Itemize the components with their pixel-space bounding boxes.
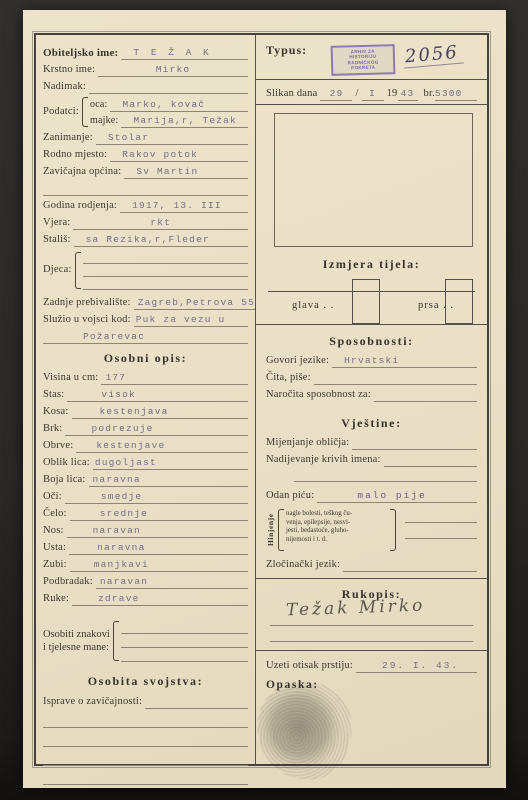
field-sluzio-u-vojsci-line2: Požarevac (43, 328, 248, 344)
field-label: Služio u vojsci kod: (43, 314, 131, 327)
document-paper: Obiteljsko ime: T E Ž A K Krstno ime: Mi… (23, 10, 506, 788)
field-mijenjanje-oblicja: Mijenjanje obličja: (266, 434, 477, 450)
heading-osobita-svojstva: Osobita svojstva: (43, 674, 248, 689)
fingerprint-image (252, 677, 357, 786)
slikan-year: 43 (401, 88, 415, 100)
heading-sposobnosti: Sposobnosti: (266, 334, 477, 349)
field-label: Kosa: (43, 406, 69, 419)
field-label: Stas: (43, 389, 64, 402)
body-measurement-figure: glava . . prsa . . (266, 276, 477, 326)
field-value (89, 92, 101, 93)
field-djeca: Djeca: (43, 251, 248, 290)
field-value: Sv Martin (124, 166, 198, 178)
measure-line (256, 324, 487, 325)
field-label: Vjera: (43, 217, 70, 230)
field-narocita-sposobnost: Naročita sposobnost za: (266, 386, 477, 402)
hinjenje-text: nagle bolesti, teškog ču- venja, epileps… (286, 508, 388, 552)
heading-osobni-opis: Osobni opis: (43, 351, 248, 366)
blank-line (405, 521, 477, 523)
measure-cell-glava (352, 279, 380, 324)
field-value: Zagreb,Petrova 55 (134, 297, 255, 309)
blank-line (43, 748, 248, 766)
section-divider (256, 79, 487, 80)
form-outer-border: Obiteljsko ime: T E Ž A K Krstno ime: Mi… (32, 31, 491, 768)
typus-label: Typus: (266, 44, 307, 57)
left-bracket-shape (75, 252, 81, 289)
field-podbradak: Podbradak: naravan (43, 573, 248, 589)
blank-line (43, 180, 248, 196)
field-value: T E Ž A K (121, 47, 211, 59)
slikan-row: Slikan dana 29 / I 19 43 br. 5300 (266, 82, 477, 101)
field-label: Visina u cm: (43, 372, 98, 385)
field-label: Obrve: (43, 440, 73, 453)
field-value: Požarevac (43, 331, 145, 343)
field-label: Isprave o zavičajnosti: (43, 696, 142, 709)
field-podatci-majke: majke: Marija,r, Težak (90, 112, 248, 128)
left-bracket-shape (278, 509, 284, 551)
section-divider (256, 104, 487, 105)
section-divider (256, 578, 487, 579)
field-zavicajna-opcina: Zavičajna općina: Sv Martin (43, 163, 248, 179)
field-label: Obiteljsko ime: (43, 47, 118, 60)
field-stalis: Stališ: sa Rezika,r,Fleder (43, 231, 248, 247)
field-label: Nos: (43, 525, 64, 538)
field-celo: Čelo: srednje (43, 505, 248, 521)
field-zanimanje: Zanimanje: Stolar (43, 129, 248, 145)
heading-vjestine: Vještine: (266, 416, 477, 431)
field-osobiti-znakovi: Osobiti znakovi i tjelesne mane: (43, 620, 248, 662)
field-label: Mijenjanje obličja: (266, 437, 349, 450)
field-value: Marija,r, Težak (121, 115, 237, 127)
field-label: Rodno mjesto: (43, 149, 107, 162)
field-krstno-ime: Krstno ime: Mirko (43, 61, 248, 77)
field-value: kestenjava (72, 406, 169, 418)
field-value: Puk za vezu u (134, 314, 226, 326)
stamp-line: RADNIČKOG POKRETA (348, 59, 379, 70)
field-value (374, 400, 386, 401)
field-uzeti-otisak: Uzeti otisak prstiju: 29. I. 43. (266, 657, 477, 673)
field-vjera: Vjera: rkt (43, 214, 248, 230)
field-label: Osobiti znakovi (43, 628, 110, 641)
field-label: Zadnje prebivalište: (43, 297, 131, 310)
field-label: Brk: (43, 423, 62, 436)
field-obiteljsko-ime: Obiteljsko ime: T E Ž A K (43, 44, 248, 60)
field-label: Zločinački jezik: (266, 559, 340, 572)
blank-line (83, 277, 248, 290)
field-value: 1917, 13. III (120, 200, 222, 212)
field-zubi: Zubi: manjkavi (43, 556, 248, 572)
field-label: Stališ: (43, 234, 71, 247)
field-zlocinacki-jezik: Zločinački jezik: (266, 556, 477, 572)
field-sluzio-u-vojsci: Služio u vojsci kod: Puk za vezu u (43, 311, 248, 327)
field-value: sa Rezika,r,Fleder (74, 234, 210, 246)
left-bracket-shape (113, 621, 119, 661)
field-label: Čita, piše: (266, 372, 311, 385)
blank-line (121, 634, 248, 648)
signature-line: Težak Mirko (270, 605, 473, 626)
glava-label: glava . . (292, 300, 334, 311)
field-value: zdrave (72, 593, 139, 605)
field-value: Mirko (156, 64, 191, 76)
field-value: manjkavi (70, 559, 149, 571)
left-bracket-shape (82, 97, 88, 127)
slikan-br-value: 5300 (435, 88, 463, 100)
section-divider (256, 650, 487, 651)
field-value: naravna (69, 542, 145, 554)
field-zadnje-prebivaliste: Zadnje prebivalište: Zagreb,Petrova 55 (43, 294, 248, 310)
blank-line (43, 767, 248, 785)
field-label: Nadijevanje krivih imena: (266, 454, 381, 467)
heading-izmjera-tijela: Izmjera tijela: (266, 257, 477, 272)
field-visina: Visina u cm: 177 (43, 369, 248, 385)
scan-background: Obiteljsko ime: T E Ž A K Krstno ime: Mi… (0, 0, 528, 800)
field-label: Zanimanje: (43, 132, 93, 145)
field-label: i tjelesne mane: (43, 641, 110, 654)
slikan-br-label: br. (424, 88, 435, 101)
blank-line (270, 626, 473, 642)
prsa-label: prsa . . (418, 300, 454, 311)
field-value: naravan (96, 576, 148, 588)
form-inner-border: Obiteljsko ime: T E Ž A K Krstno ime: Mi… (34, 33, 489, 766)
field-label: Uzeti otisak prstiju: (266, 660, 353, 673)
field-nos: Nos: naravan (43, 522, 248, 538)
field-value (343, 570, 355, 571)
field-label: Djeca: (43, 264, 72, 277)
slikan-month: I (369, 88, 376, 100)
field-value: naravan (67, 525, 141, 537)
field-godina-rodjenja: Godina rodjenja: 1917, 13. III (43, 197, 248, 213)
field-value: naravna (89, 474, 141, 486)
blank-line (43, 729, 248, 747)
blank-line (121, 620, 248, 634)
stamp-line: ARHIV ZA HISTORIJU (349, 49, 376, 60)
field-label: Ruke: (43, 593, 69, 606)
field-value: rkt (150, 217, 171, 229)
field-kosa: Kosa: kestenjava (43, 403, 248, 419)
field-label: Oči: (43, 491, 62, 504)
field-nadijevanje-imena: Nadijevanje krivih imena: (266, 451, 477, 467)
field-label: Odan piću: (266, 490, 314, 503)
field-label: Oblik lica: (43, 457, 90, 470)
field-label: majke: (90, 115, 118, 128)
field-value: dugoljast (93, 457, 157, 469)
right-bracket-shape (390, 509, 396, 551)
hinjenje-line: nijemosti i t. d. (286, 536, 388, 545)
slikan-separator: / (355, 88, 358, 101)
field-label: Zubi: (43, 559, 67, 572)
field-label: Podbradak: (43, 576, 93, 589)
field-value (145, 707, 157, 708)
right-column: Typus: ARHIV ZA HISTORIJU RADNIČKOG POKR… (255, 35, 487, 764)
field-value: malo pije (317, 490, 426, 502)
field-obrve: Obrve: kestenjave (43, 437, 248, 453)
field-oblik-lica: Oblik lica: dugoljast (43, 454, 248, 470)
field-value: srednje (70, 508, 148, 520)
blank-line (405, 537, 477, 539)
field-label: Govori jezike: (266, 355, 329, 368)
field-label: Nadimak: (43, 81, 86, 94)
blank-line (43, 710, 248, 728)
field-ruke: Ruke: zdrave (43, 590, 248, 606)
field-label: Čelo: (43, 508, 67, 521)
field-label: Krstno ime: (43, 64, 95, 77)
typus-row: Typus: ARHIV ZA HISTORIJU RADNIČKOG POKR… (266, 44, 477, 76)
field-label: Boja lica: (43, 474, 86, 487)
field-value (314, 383, 326, 384)
field-value: smedje (65, 491, 142, 503)
field-govori-jezike: Govori jezike: Hrvatski (266, 352, 477, 368)
slikan-day: 29 (330, 88, 344, 100)
blank-line (121, 648, 248, 662)
field-label: Podatci: (43, 106, 79, 119)
field-brk: Brk: podrezuje (43, 420, 248, 436)
field-isprave: Isprave o zavičajnosti: (43, 693, 248, 709)
hinjenje-line: venja, epilepsije, nesvi- (286, 519, 388, 528)
field-value: Marko, kovač (110, 99, 205, 111)
field-usta: Usta: naravna (43, 539, 248, 555)
field-value (352, 448, 364, 449)
field-label: Naročita sposobnost za: (266, 389, 371, 402)
hinjenje-line: jesti, bedastoće, gluho- (286, 527, 388, 536)
handwritten-number: 2056 (402, 41, 464, 68)
photo-box (274, 113, 473, 247)
field-podatci: Podatci: oca: Marko, kovač majke: Marija… (43, 96, 248, 128)
field-label: Zavičajna općina: (43, 166, 121, 179)
slikan-label: Slikan dana (266, 88, 317, 101)
blank-line (266, 468, 477, 482)
field-boja-lica: Boja lica: naravna (43, 471, 248, 487)
field-stas: Stas: visok (43, 386, 248, 402)
archive-stamp-icon: ARHIV ZA HISTORIJU RADNIČKOG POKRETA (331, 44, 396, 75)
field-value: Stolar (96, 132, 149, 144)
left-column: Obiteljsko ime: T E Ž A K Krstno ime: Mi… (36, 35, 255, 764)
field-cita-pise: Čita, piše: (266, 369, 477, 385)
handwritten-signature: Težak Mirko (286, 596, 426, 621)
hinjenje-line: nagle bolesti, teškog ču- (286, 510, 388, 519)
field-value (384, 465, 396, 466)
field-nadimak: Nadimak: (43, 78, 248, 94)
field-value: Rakov potok (110, 149, 198, 161)
field-odan-picu: Odan piću: malo pije (266, 487, 477, 503)
field-value: podrezuje (65, 423, 153, 435)
field-label: Usta: (43, 542, 66, 555)
field-value: kestenjave (76, 440, 165, 452)
hinjenje-side-label: Hinjenje (266, 508, 275, 552)
field-value: 177 (101, 372, 126, 384)
hinjenje-block: Hinjenje nagle bolesti, teškog ču- venja… (266, 508, 477, 552)
field-label: Godina rodjenja: (43, 200, 117, 213)
field-label: oca: (90, 99, 107, 112)
field-oci: Oči: smedje (43, 488, 248, 504)
field-value: Hrvatski (332, 355, 399, 367)
field-rodno-mjesto: Rodno mjesto: Rakov potok (43, 146, 248, 162)
field-podatci-oca: oca: Marko, kovač (90, 96, 248, 112)
field-value: 29. I. 43. (356, 660, 459, 672)
field-value: visok (67, 389, 136, 401)
slikan-year-prefix: 19 (387, 88, 398, 101)
